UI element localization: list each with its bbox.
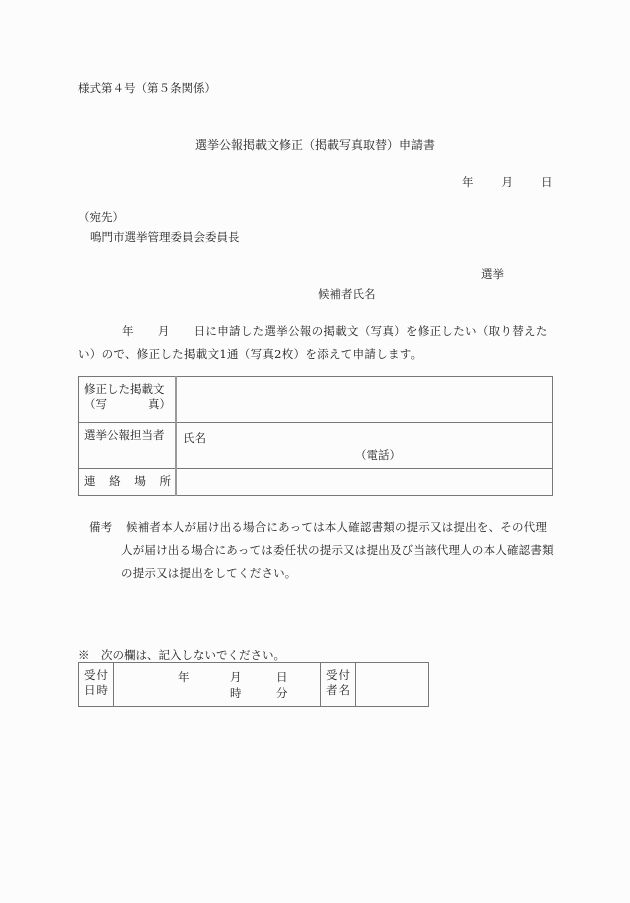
receipt-day: 日 (276, 669, 288, 685)
remarks-line-2: 人が届け出る場合にあっては委任状の提示又は提出及び当該代理人の本人確認書類 (89, 539, 559, 562)
date-day-label: 日 (541, 174, 553, 190)
form-number: 様式第４号（第５条関係） (78, 80, 216, 96)
received-label-line2: 日時 (84, 683, 113, 698)
receipt-row: 受付 日時 年 月 日 時 分 受付 者名 (79, 663, 429, 707)
addressee-name: 鳴門市選挙管理委員会委員長 (90, 229, 240, 245)
location-char-4: 所 (159, 474, 171, 489)
table-row-contact-person: 選挙公報担当者 氏名 （電話） (79, 423, 553, 469)
receipt-hour: 時 (230, 685, 242, 701)
statement-year: 年 (122, 324, 134, 338)
received-label-line1: 受付 (84, 668, 113, 683)
name-label: 氏名 (183, 430, 206, 446)
receipt-minute: 分 (276, 685, 288, 701)
phone-label: （電話） (355, 447, 401, 463)
election-label: 選挙 (481, 266, 504, 282)
statement-text-2: い）ので、修正した掲載文1通（写真2枚）を添えて申請します。 (78, 347, 422, 361)
receiver-label-line1: 受付 (326, 668, 355, 683)
addressee-label: （宛先） (78, 209, 124, 225)
office-use-note: ※ 次の欄は、記入しないでください。 (78, 647, 285, 663)
receipt-table: 受付 日時 年 月 日 時 分 受付 者名 (78, 662, 429, 707)
remarks-heading: 備考 (89, 516, 126, 539)
received-datetime-label: 受付 日時 (79, 663, 114, 707)
statement-text-1: 日に申請した選挙公報の掲載文（写真）を修正したい（取り替えた (194, 324, 548, 338)
receiver-label-line2: 者名 (326, 683, 355, 698)
photo-label-right: 真） (148, 397, 171, 412)
revised-text-label: 修正した掲載文 （写 真） (79, 377, 177, 423)
location-char-1: 連 (84, 474, 96, 489)
location-char-2: 絡 (109, 474, 121, 489)
contact-person-label: 選挙公報担当者 (79, 423, 177, 469)
table-row-contact-location: 連 絡 場 所 (79, 469, 553, 496)
table-row-revised-text: 修正した掲載文 （写 真） (79, 377, 553, 423)
received-datetime-field[interactable]: 年 月 日 時 分 (114, 663, 321, 707)
remarks-line-1: 候補者本人が届け出る場合にあっては本人確認書類の提示又は提出を、その代理 (126, 520, 547, 534)
application-date: 年月日 (462, 174, 553, 190)
document-title: 選挙公報掲載文修正（掲載写真取替）申請書 (0, 136, 630, 153)
date-month-label: 月 (502, 174, 514, 190)
receipt-month: 月 (230, 669, 242, 685)
application-details-table: 修正した掲載文 （写 真） 選挙公報担当者 氏名 （電話） 連 絡 場 所 (78, 376, 553, 496)
date-year-label: 年 (462, 174, 474, 190)
candidate-name-label: 候補者氏名 (318, 286, 376, 302)
receiver-name-label: 受付 者名 (321, 663, 356, 707)
location-char-3: 場 (134, 474, 146, 489)
remarks: 備考候補者本人が届け出る場合にあっては本人確認書類の提示又は提出を、その代理 人… (89, 516, 559, 585)
revised-text-label-line1: 修正した掲載文 (84, 382, 171, 397)
remarks-line-3: の提示又は提出をしてください。 (89, 562, 559, 585)
photo-label-left: （写 (84, 397, 107, 412)
contact-person-field[interactable]: 氏名 （電話） (176, 423, 553, 469)
application-statement: 年月日に申請した選挙公報の掲載文（写真）を修正したい（取り替えた い）ので、修正… (78, 320, 554, 366)
revised-text-field[interactable] (176, 377, 553, 423)
contact-location-label: 連 絡 場 所 (79, 469, 177, 496)
receipt-year: 年 (178, 669, 190, 685)
receiver-name-field[interactable] (356, 663, 429, 707)
statement-month: 月 (158, 324, 170, 338)
contact-location-field[interactable] (176, 469, 553, 496)
